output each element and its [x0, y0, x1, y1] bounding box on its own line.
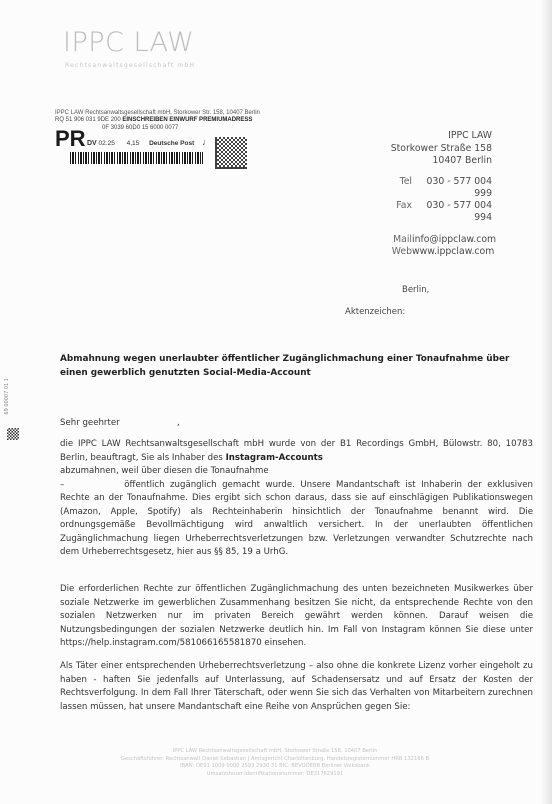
salutation: Sehr geehrter ,	[60, 418, 120, 428]
carrier-name: Deutsche Post	[149, 140, 194, 147]
postage-info: DV 02.25 4,15 Deutsche Post ♩	[87, 137, 211, 147]
firm-logo: IPPC LAW	[63, 27, 194, 58]
side-datamatrix-code	[7, 428, 19, 440]
barcode	[70, 152, 203, 164]
firm-city: 10407 Berlin	[391, 155, 492, 168]
tracking-code: 0F 3039 60D0 15 6000 0077	[102, 125, 178, 131]
contact-row-mail: Mail info@ippclaw.com	[352, 234, 492, 246]
letter-date: Berlin,	[402, 285, 429, 295]
email-address: info@ippclaw.com	[412, 234, 492, 246]
website: www.ippclaw.com	[412, 246, 492, 258]
phone-number: 030 - 577 004 999	[412, 176, 492, 200]
firm-street: Storkower Straße 158	[391, 143, 492, 156]
contact-row-fax: Fax 030 - 577 004 994	[352, 200, 492, 224]
letter-subject: Abmahnung wegen unerlaubter öffentlicher…	[60, 352, 530, 380]
contact-row-web: Web www.ippclaw.com	[352, 246, 492, 258]
instagram-account-label: Instagram-Accounts	[226, 453, 323, 463]
mail-service-type: EINSCHREIBEN EINWURF PREMIUMADRESS	[122, 117, 252, 123]
letter-footer: IPPC LAW Rechtsanwaltsgesellschaft mbH, …	[70, 748, 480, 778]
paragraph-3: Als Täter einer entsprechenden Urheberre…	[60, 660, 533, 714]
registered-mail-code: RQ 51 906 031 9DE 200 EINSCHREIBEN EINWU…	[55, 117, 252, 123]
firm-logo-subtitle: Rechtsanwaltsgesellschaft mbH	[65, 62, 195, 69]
letter-page: IPPC LAW Rechtsanwaltsgesellschaft mbH I…	[0, 0, 552, 804]
paragraph-1: die IPPC LAW Rechtsanwaltsgesellschaft m…	[60, 438, 533, 560]
return-address-line: IPPC LAW Rechtsanwaltsgesellschaft mbH, …	[55, 110, 260, 116]
fax-number: 030 - 577 004 994	[412, 200, 492, 224]
contact-row-tel: Tel 030 - 577 004 999	[352, 176, 492, 200]
firm-address-block: IPPC LAW Storkower Straße 158 10407 Berl…	[391, 130, 492, 168]
firm-contact-details: Tel 030 - 577 004 999 Fax 030 - 577 004 …	[352, 176, 492, 258]
side-reference-number: 69 00007 01 1	[4, 378, 10, 415]
pr-mark: PR	[55, 128, 86, 150]
postage-stamp: RQ 51 906 031 9DE 200 EINSCHREIBEN EINWU…	[55, 117, 255, 167]
firm-name: IPPC LAW	[391, 130, 492, 143]
datamatrix-code	[215, 137, 247, 169]
deutsche-post-horn-icon: ♩	[202, 137, 211, 147]
reference-number-label: Aktenzeichen:	[345, 307, 405, 317]
paragraph-2: Die erforderlichen Rechte zur öffentlich…	[60, 583, 533, 651]
